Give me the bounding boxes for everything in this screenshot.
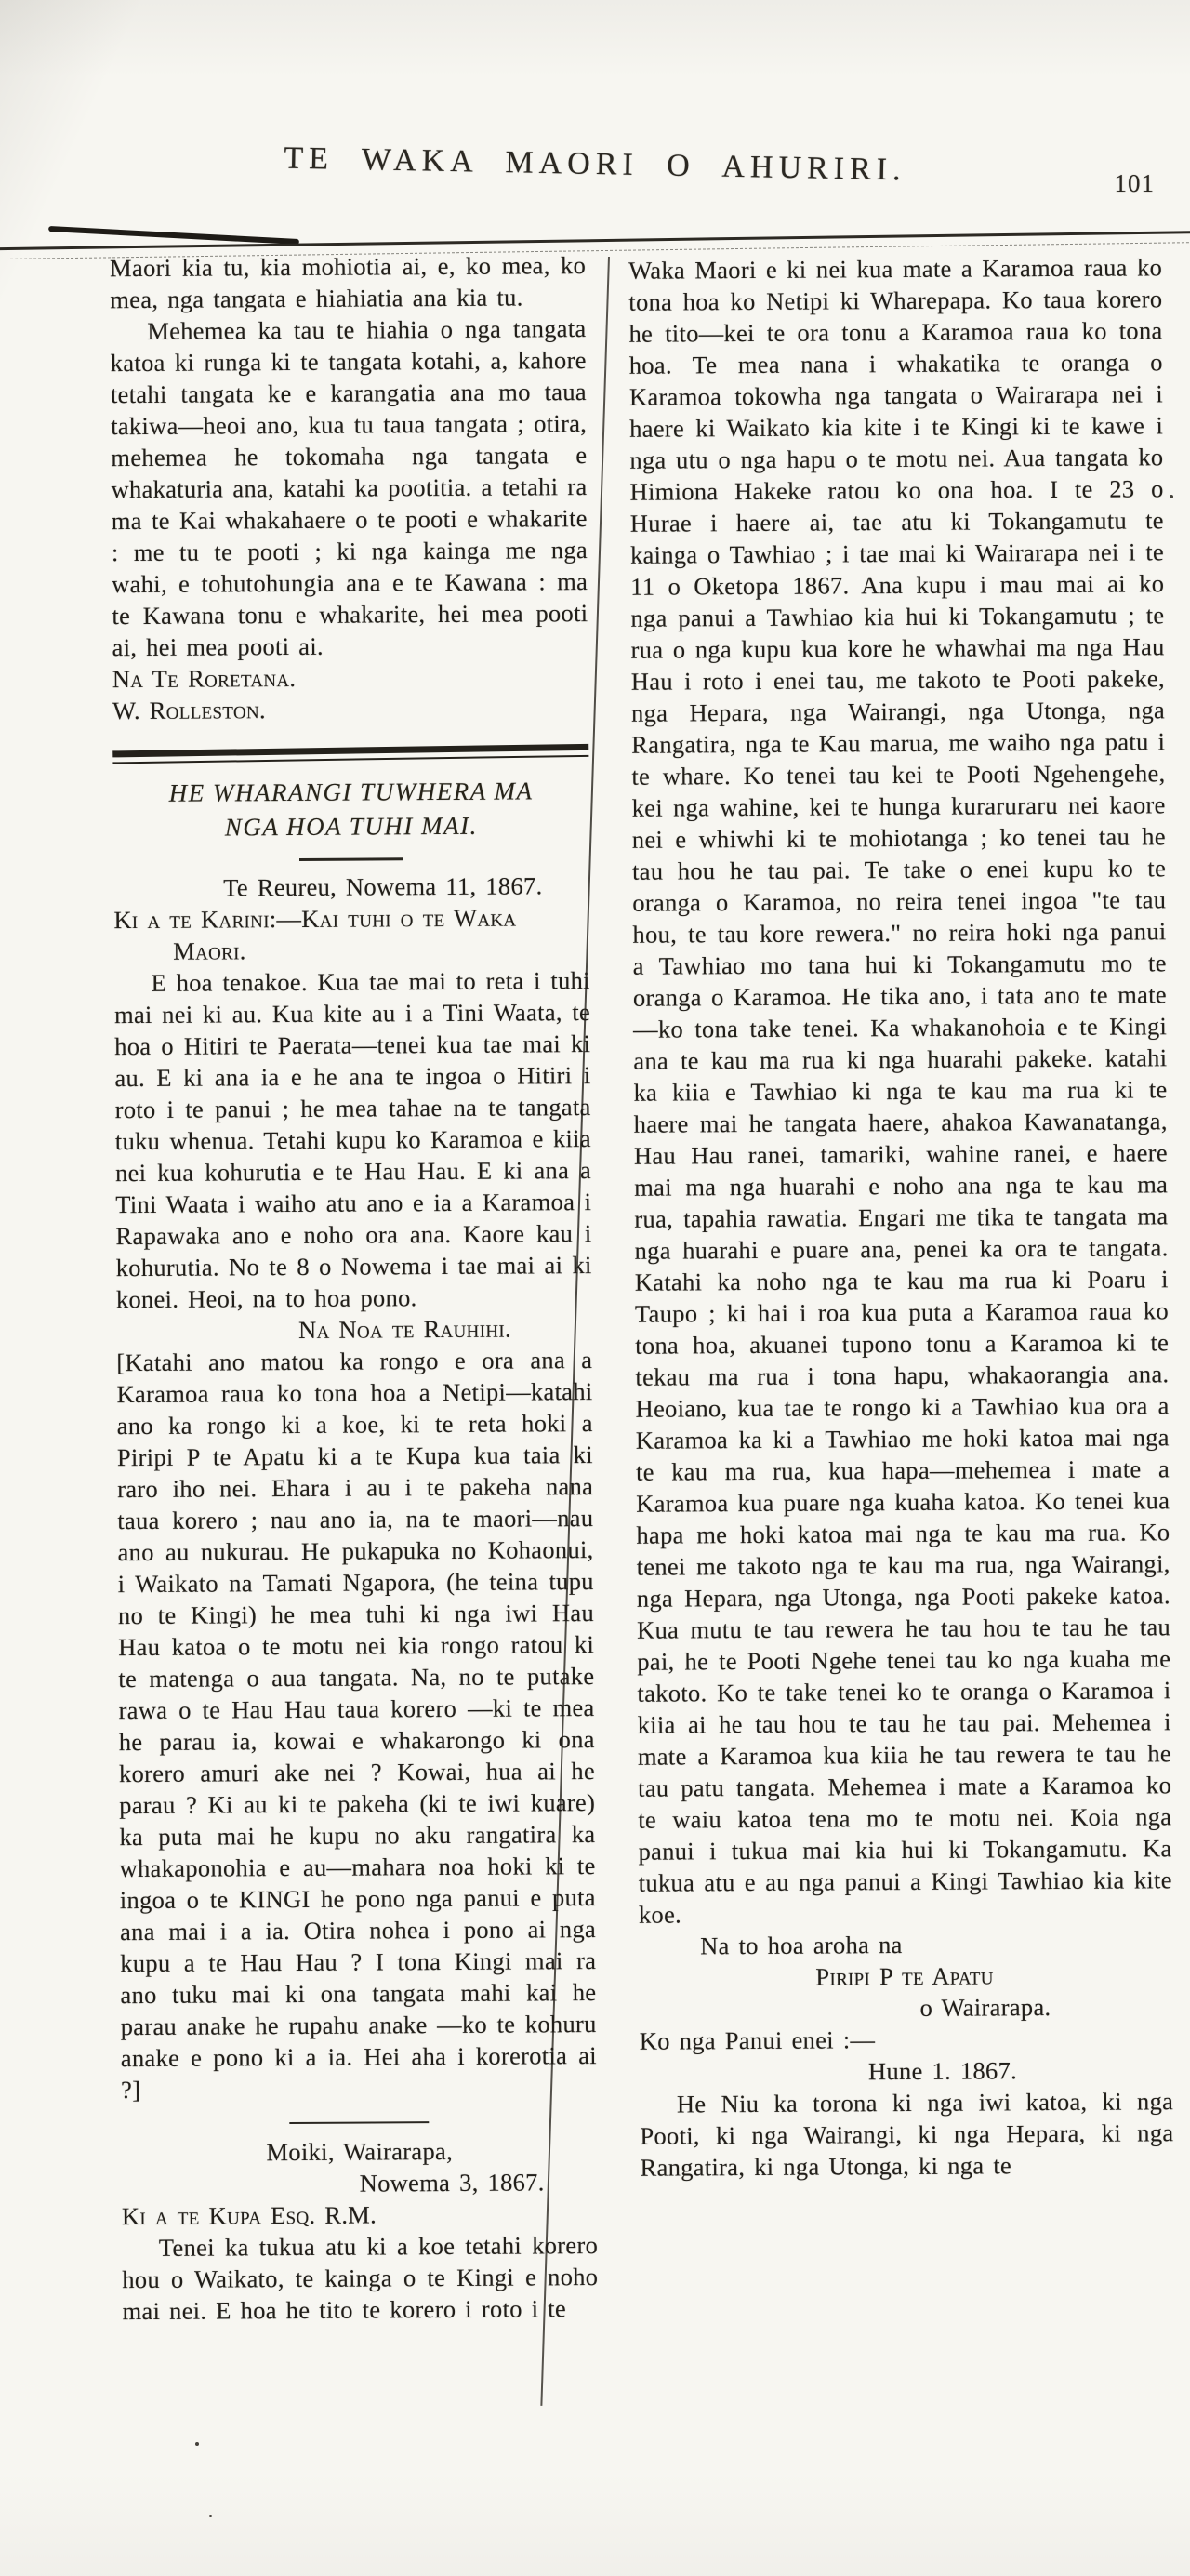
- letter2-dateline-place: Moiki, Wairarapa,: [121, 2134, 597, 2169]
- signature-noa-te-rauhihi: Na Noa te Rauhihi.: [116, 1312, 592, 1347]
- letter2-dateline-date: Nowema 3, 1867.: [122, 2166, 598, 2200]
- page-title: TE WAKA MAORI O AHURIRI.: [0, 136, 1190, 194]
- election-paragraph: Mehemea ka tau te hiahia o nga tangata k…: [110, 312, 588, 663]
- letter2-continuation: Waka Maori e ki nei kua mate a Karamoa r…: [628, 251, 1172, 1930]
- right-column: Waka Maori e ki nei kua mate a Karamoa r…: [628, 251, 1174, 2183]
- scan-crease-artifact: [48, 226, 299, 245]
- scanned-newspaper-page: TE WAKA MAORI O AHURIRI. 101 Maori kia t…: [0, 0, 1190, 2576]
- panui-dateline: Hune 1. 1867.: [640, 2053, 1173, 2089]
- section-divider-double-rule: [112, 744, 588, 764]
- signature-rolleston: W. Rolleston.: [112, 692, 588, 726]
- letter2-salutation: Ki a te Kupa Esq. R.M.: [122, 2198, 598, 2232]
- signature-piripi-te-apatu: Piripi P te Apatu: [639, 1959, 1172, 1994]
- heading-short-rule: [299, 857, 403, 861]
- scan-speck: [209, 2515, 212, 2517]
- panui-opening: He Niu ka torona ki nga iwi katoa, ki ng…: [640, 2085, 1174, 2184]
- signature-closing-line: Na to hoa aroha na: [639, 1927, 1172, 1962]
- letter1-dateline: Te Reureu, Nowema 11, 1867.: [113, 870, 589, 904]
- section-heading: HE WHARANGI TUWHERA MA NGA HOA TUHI MAI.: [151, 774, 550, 845]
- panui-intro: Ko nga Panui enei :—: [640, 2022, 1173, 2057]
- page-number: 101: [1115, 169, 1156, 198]
- scan-speck: [195, 2442, 199, 2446]
- letter1-body: E hoa tenakoe. Kua tae mai to reta i tuh…: [114, 964, 592, 1315]
- signature-place: o Wairarapa.: [639, 1990, 1172, 2025]
- signature-roretana: Na Te Roretana.: [112, 660, 588, 695]
- left-column: Maori kia tu, kia mohiotia ai, e, ko mea…: [110, 249, 599, 2327]
- continuation-paragraph: Maori kia tu, kia mohiotia ai, e, ko mea…: [110, 249, 586, 315]
- letter-divider-rule: [289, 2121, 429, 2124]
- letter1-salutation: Ki a te Karini:—Kai tuhi o te Waka Maori…: [113, 901, 589, 967]
- letter2-opening: Tenei ka tukua atu ki a koe tetahi korer…: [122, 2229, 599, 2327]
- scan-speck: [1170, 495, 1173, 498]
- editor-note: [Katahi ano matou ka rongo e ora ana a K…: [116, 1344, 597, 2105]
